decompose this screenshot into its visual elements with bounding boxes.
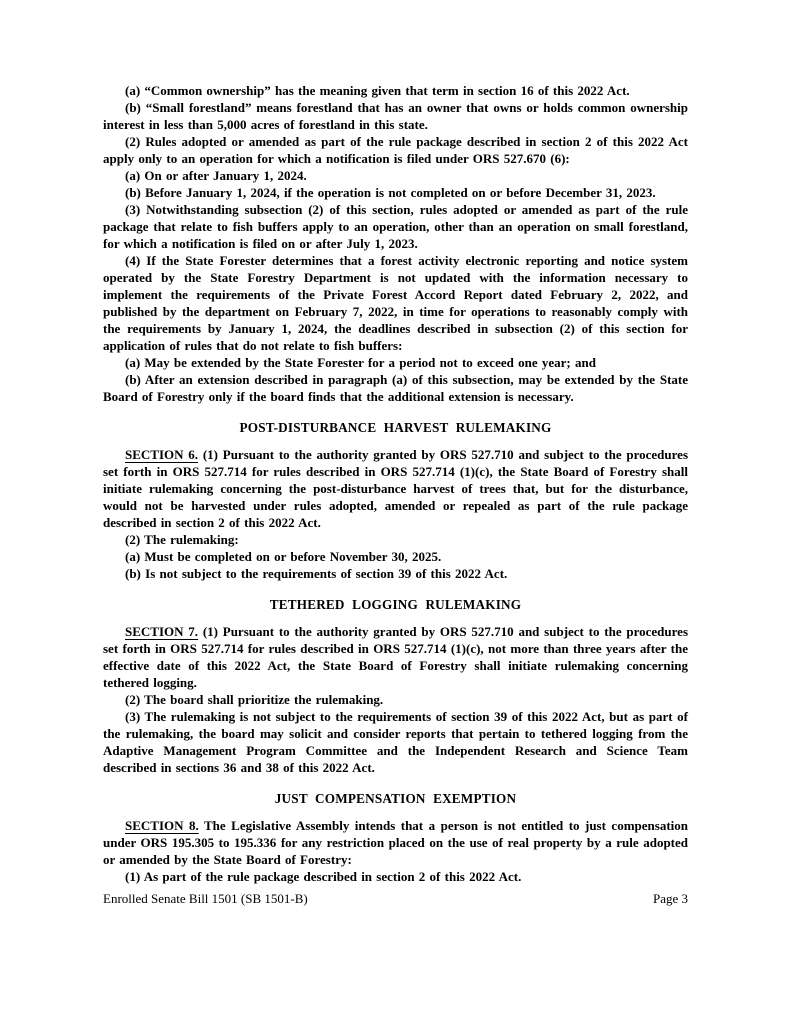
page-footer: Enrolled Senate Bill 1501 (SB 1501-B) Pa… bbox=[103, 891, 688, 907]
paragraph: (2) The rulemaking: bbox=[103, 531, 688, 548]
document-body: (a) “Common ownership” has the meaning g… bbox=[103, 82, 688, 885]
document-page: (a) “Common ownership” has the meaning g… bbox=[0, 0, 800, 1035]
section-heading: POST-DISTURBANCE HARVEST RULEMAKING bbox=[103, 419, 688, 436]
paragraph: (b) Is not subject to the requirements o… bbox=[103, 565, 688, 582]
paragraph: (2) The board shall prioritize the rulem… bbox=[103, 691, 688, 708]
section-paragraph: SECTION 8. The Legislative Assembly inte… bbox=[103, 817, 688, 868]
paragraph: (a) May be extended by the State Foreste… bbox=[103, 354, 688, 371]
paragraph: (2) Rules adopted or amended as part of … bbox=[103, 133, 688, 167]
section-paragraph: SECTION 7. (1) Pursuant to the authority… bbox=[103, 623, 688, 691]
section-heading: TETHERED LOGGING RULEMAKING bbox=[103, 596, 688, 613]
section-paragraph: SECTION 6. (1) Pursuant to the authority… bbox=[103, 446, 688, 531]
footer-page-number: Page 3 bbox=[653, 891, 688, 907]
paragraph: (a) On or after January 1, 2024. bbox=[103, 167, 688, 184]
paragraph: (a) “Common ownership” has the meaning g… bbox=[103, 82, 688, 99]
paragraph: (3) Notwithstanding subsection (2) of th… bbox=[103, 201, 688, 252]
footer-bill-title: Enrolled Senate Bill 1501 (SB 1501-B) bbox=[103, 891, 308, 907]
paragraph: (b) Before January 1, 2024, if the opera… bbox=[103, 184, 688, 201]
section-number: SECTION 6. bbox=[125, 447, 198, 462]
paragraph: (3) The rulemaking is not subject to the… bbox=[103, 708, 688, 776]
section-number: SECTION 8. bbox=[125, 818, 199, 833]
section-heading: JUST COMPENSATION EXEMPTION bbox=[103, 790, 688, 807]
paragraph: (1) As part of the rule package describe… bbox=[103, 868, 688, 885]
paragraph: (b) After an extension described in para… bbox=[103, 371, 688, 405]
paragraph: (4) If the State Forester determines tha… bbox=[103, 252, 688, 354]
paragraph: (b) “Small forestland” means forestland … bbox=[103, 99, 688, 133]
section-number: SECTION 7. bbox=[125, 624, 198, 639]
paragraph: (a) Must be completed on or before Novem… bbox=[103, 548, 688, 565]
